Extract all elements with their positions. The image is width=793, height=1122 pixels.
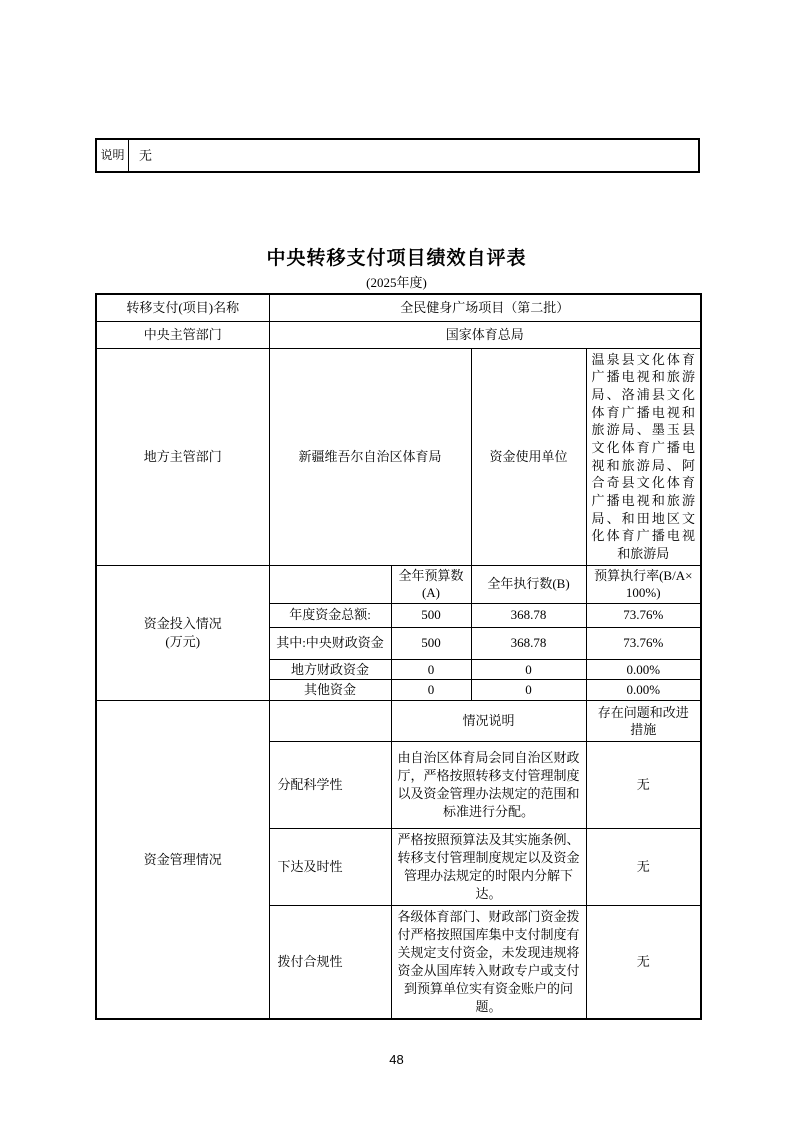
- page-subtitle: (2025年度): [0, 272, 793, 291]
- funding-local-rate: 0.00%: [586, 659, 701, 680]
- funding-section-unit: (万元): [100, 633, 266, 651]
- document-page: 说明 无 中央转移支付项目绩效自评表 (2025年度) 转移支付(项目)名称 全…: [0, 0, 793, 1122]
- local-department-row: 地方主管部门 新疆维吾尔自治区体育局 资金使用单位 温泉县文化体育广播电视和旅游…: [96, 348, 701, 565]
- management-timeliness-issue: 无: [586, 829, 701, 906]
- funding-central-rate: 73.76%: [586, 627, 701, 659]
- central-department-row: 中央主管部门 国家体育总局: [96, 321, 701, 348]
- funding-other-executed: 0: [471, 680, 586, 701]
- funding-total-rate: 73.76%: [586, 603, 701, 627]
- funding-header-row: 资金投入情况 (万元) 全年预算数(A) 全年执行数(B) 预算执行率(B/A×…: [96, 565, 701, 603]
- funding-local-budget: 0: [391, 659, 471, 680]
- note-table: 说明 无: [95, 138, 700, 173]
- note-row: 说明 无: [96, 139, 699, 172]
- management-timeliness-label: 下达及时性: [269, 829, 391, 906]
- funding-local-label: 地方财政资金: [269, 659, 391, 680]
- funding-other-rate: 0.00%: [586, 680, 701, 701]
- funding-other-budget: 0: [391, 680, 471, 701]
- funding-header-executed: 全年执行数(B): [471, 565, 586, 603]
- funding-total-label: 年度资金总额:: [269, 603, 391, 627]
- management-header-desc: 情况说明: [391, 701, 586, 742]
- page-title: 中央转移支付项目绩效自评表: [0, 243, 793, 270]
- central-department-value: 国家体育总局: [269, 321, 701, 348]
- management-compliance-label: 拨付合规性: [269, 905, 391, 1018]
- local-department-label: 地方主管部门: [96, 348, 269, 565]
- funding-section-label: 资金投入情况 (万元): [96, 565, 269, 701]
- funding-local-executed: 0: [471, 659, 586, 680]
- funding-central-label: 其中:中央财政资金: [269, 627, 391, 659]
- management-allocation-desc: 由自治区体育局会同自治区财政厅，严格按照转移支付管理制度以及资金管理办法规定的范…: [391, 742, 586, 829]
- management-allocation-label: 分配科学性: [269, 742, 391, 829]
- management-timeliness-desc: 严格按照预算法及其实施条例、转移支付管理制度规定以及资金管理办法规定的时限内分解…: [391, 829, 586, 906]
- funding-total-budget: 500: [391, 603, 471, 627]
- fund-user-value: 温泉县文化体育广播电视和旅游局、洛浦县文化体育广播电视和旅游局、墨玉县文化体育广…: [586, 348, 701, 565]
- project-name-value: 全民健身广场项目（第二批）: [269, 294, 701, 321]
- management-allocation-issue: 无: [586, 742, 701, 829]
- note-label: 说明: [96, 139, 129, 172]
- page-number: 48: [0, 1052, 793, 1067]
- funding-total-executed: 368.78: [471, 603, 586, 627]
- fund-user-label: 资金使用单位: [471, 348, 586, 565]
- funding-other-label: 其他资金: [269, 680, 391, 701]
- funding-central-executed: 368.78: [471, 627, 586, 659]
- note-value: 无: [129, 139, 700, 172]
- project-name-row: 转移支付(项目)名称 全民健身广场项目（第二批）: [96, 294, 701, 321]
- funding-header-empty-cell: [269, 565, 391, 603]
- management-section-label: 资金管理情况: [96, 701, 269, 1019]
- self-evaluation-table: 转移支付(项目)名称 全民健身广场项目（第二批） 中央主管部门 国家体育总局 地…: [95, 293, 702, 1020]
- management-compliance-issue: 无: [586, 905, 701, 1018]
- central-department-label: 中央主管部门: [96, 321, 269, 348]
- funding-header-budget: 全年预算数(A): [391, 565, 471, 603]
- management-compliance-desc: 各级体育部门、财政部门资金拨付严格按照国库集中支付制度有关规定支付资金，未发现违…: [391, 905, 586, 1018]
- management-header-empty-cell: [269, 701, 391, 742]
- funding-header-rate: 预算执行率(B/A×100%): [586, 565, 701, 603]
- management-header-issue: 存在问题和改进措施: [586, 701, 701, 742]
- project-name-label: 转移支付(项目)名称: [96, 294, 269, 321]
- management-header-row: 资金管理情况 情况说明 存在问题和改进措施: [96, 701, 701, 742]
- local-department-value: 新疆维吾尔自治区体育局: [269, 348, 471, 565]
- funding-section-title: 资金投入情况: [100, 615, 266, 633]
- funding-central-budget: 500: [391, 627, 471, 659]
